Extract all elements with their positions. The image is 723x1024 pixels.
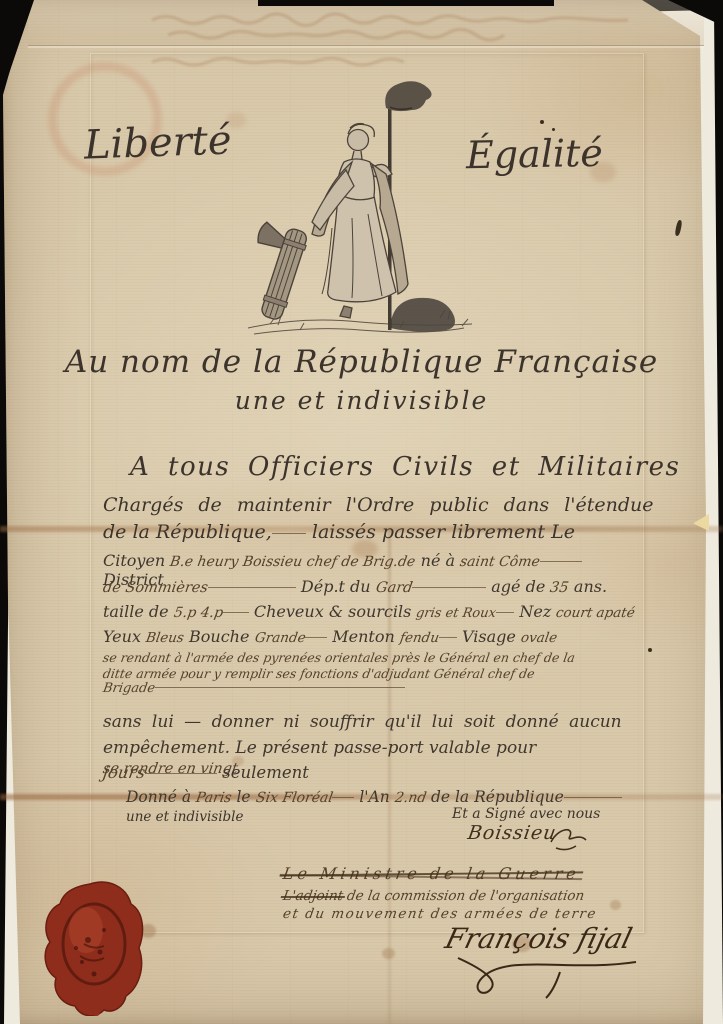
ans-label: ans.	[574, 577, 607, 596]
clause-line3-print: seulement	[222, 763, 309, 782]
menton-value: fendu	[399, 630, 441, 646]
rule-line	[412, 586, 486, 588]
place-value: Paris	[195, 790, 233, 806]
preamble-line1: Chargés de maintenir l'Ordre public dans…	[103, 494, 654, 516]
top-fold-highlight	[28, 46, 704, 48]
le-label: le	[236, 788, 250, 806]
red-wax-seal-icon	[38, 878, 148, 1016]
signature-paraph-icon	[548, 824, 590, 854]
bouche-value: Grande	[253, 630, 306, 646]
citoyen-label: Citoyen	[103, 551, 165, 570]
ne-a-value: saint Côme	[459, 554, 541, 570]
taille-value: 5.p 4.p	[172, 605, 224, 621]
rule-line	[272, 532, 306, 534]
date-value: Six Floréal	[254, 790, 333, 806]
title-line1: Au nom de la République Française	[0, 344, 723, 380]
republique-label: de la République	[431, 788, 564, 806]
rule-line	[496, 611, 514, 613]
dept-label: Dép.t du	[301, 577, 371, 596]
ne-a-label: né à	[421, 551, 455, 570]
age-label: agé de	[491, 577, 545, 596]
header-egalite: Égalité	[466, 131, 604, 177]
preamble-line2-cont: laissés passer librement Le	[312, 521, 575, 543]
issue-line2-right: Et a Signé avec nous	[452, 806, 600, 822]
header-liberte: Liberté	[83, 117, 232, 168]
mission-line1: se rendant à l'armée des pyrenées orient…	[102, 650, 576, 665]
dept-value: Gard	[374, 580, 413, 596]
taille-label: taille de	[103, 602, 169, 621]
bouche-label: Bouche	[189, 627, 249, 646]
signature-fijal: François fijal	[442, 922, 636, 955]
rule-line	[145, 772, 217, 774]
endorsement-line2-rest: de la commission de l'organisation	[346, 888, 586, 904]
rule-line	[305, 636, 327, 638]
cheveux-label: Cheveux & sourcils	[254, 602, 411, 621]
endorsement-line3: et du mouvement des armées de terre	[282, 906, 598, 922]
district-value: de Sommières	[102, 580, 209, 596]
an-value: 2.nd	[393, 790, 427, 806]
endorsement-struck-line: Le Ministre de la Guerre	[281, 864, 581, 883]
scanner-top-strip	[258, 0, 554, 6]
visage-label: Visage	[462, 627, 516, 646]
passport-document: Liberté Égalité	[0, 0, 723, 1024]
issue-line2-left: une et indivisible	[126, 809, 244, 825]
clause-line3-value: jours	[101, 763, 146, 782]
rule-line	[332, 796, 354, 798]
marianne-liberty-engraving	[240, 78, 480, 340]
signature-boissieu: Boissieu	[466, 822, 558, 844]
title-line2: une et indivisible	[0, 386, 723, 415]
donne-label: Donné à	[126, 788, 191, 806]
preamble-line2-print: de la République,	[103, 521, 272, 543]
rule-line	[223, 611, 249, 613]
rule-line	[208, 586, 296, 588]
nez-value: court apaté	[555, 605, 636, 621]
rule-line	[540, 560, 582, 562]
yeux-value: Bleus	[145, 630, 185, 646]
visage-value: ovale	[520, 630, 559, 646]
cheveux-value: gris et Roux	[415, 606, 497, 621]
clause-line2-print: empêchement. Le présent passe-port valab…	[103, 738, 536, 758]
rule-line	[155, 686, 405, 688]
citoyen-value: B.e heury Boissieu chef de Brig.de	[169, 554, 417, 570]
menton-label: Menton	[332, 627, 395, 646]
mission-line2: ditte armée pour y remplir ses fonctions…	[102, 666, 536, 681]
mission-line3: Brigade	[102, 681, 156, 696]
salutation-line: A tous Officiers Civils et Militaires	[130, 452, 680, 482]
rule-line	[564, 796, 622, 798]
yeux-label: Yeux	[103, 627, 141, 646]
nez-label: Nez	[519, 602, 551, 621]
an-label: l'An	[359, 788, 389, 806]
endorsement-line2-struck: L'adjoint	[282, 888, 345, 904]
clause-line1: sans lui — donner ni souffrir qu'il lui …	[103, 712, 622, 732]
age-value: 35	[549, 580, 570, 596]
rule-line	[439, 636, 457, 638]
